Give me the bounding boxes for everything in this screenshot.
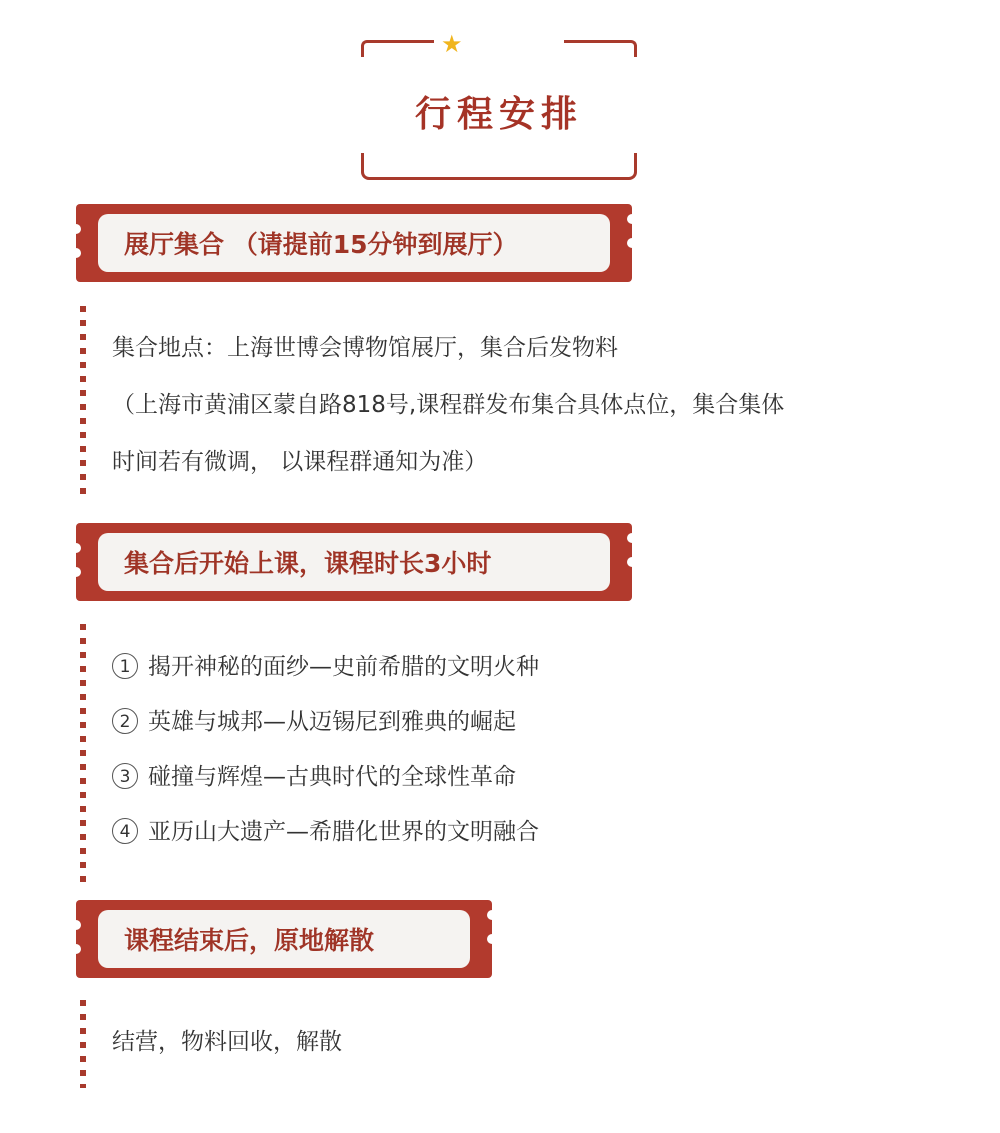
dotted-divider xyxy=(80,624,86,882)
ribbon-notch xyxy=(627,557,637,567)
circled-number: 1 xyxy=(112,653,138,679)
ribbon-notch xyxy=(627,533,637,543)
course-list: 1揭开神秘的面纱—史前希腊的文明火种 2英雄与城邦—从迈锡尼到雅典的崛起 3碰撞… xyxy=(112,640,539,860)
ribbon-notch xyxy=(71,920,81,930)
section-body: 结营，物料回收，解散 xyxy=(112,1014,342,1071)
section-heading-ribbon: 课程结束后，原地解散 xyxy=(76,900,492,978)
dotted-divider xyxy=(80,1000,86,1088)
page-title: 行程安排 xyxy=(361,86,637,137)
ribbon-notch xyxy=(71,543,81,553)
ribbon-notch xyxy=(71,567,81,577)
list-item: 1揭开神秘的面纱—史前希腊的文明火种 xyxy=(112,640,539,695)
text-line: 时间若有微调， 以课程群通知为准） xyxy=(112,434,784,491)
section-heading-ribbon: 展厅集合 （请提前15分钟到展厅） xyxy=(76,204,632,282)
section-body: 集合地点：上海世博会博物馆展厅，集合后发物料 （上海市黄浦区蒙自路818号,课程… xyxy=(112,320,784,491)
title-frame: ★ 行程安排 xyxy=(361,40,637,180)
list-item: 4亚历山大遗产—希腊化世界的文明融合 xyxy=(112,805,539,860)
list-item: 3碰撞与辉煌—古典时代的全球性革命 xyxy=(112,750,539,805)
dotted-divider xyxy=(80,306,86,502)
text-line: （上海市黄浦区蒙自路818号,课程群发布集合具体点位，集合集体 xyxy=(112,377,784,434)
frame-corner-top-left xyxy=(361,40,434,57)
section-heading: 展厅集合 （请提前15分钟到展厅） xyxy=(98,214,610,272)
ribbon-notch xyxy=(71,248,81,258)
ribbon-notch xyxy=(627,238,637,248)
frame-bottom xyxy=(361,153,637,180)
text-line: 结营，物料回收，解散 xyxy=(112,1014,342,1071)
star-icon: ★ xyxy=(441,32,463,56)
section-heading-ribbon: 集合后开始上课，课程时长3小时 xyxy=(76,523,632,601)
ribbon-notch xyxy=(487,910,497,920)
ribbon-notch xyxy=(71,944,81,954)
ribbon-notch xyxy=(71,224,81,234)
list-item: 2英雄与城邦—从迈锡尼到雅典的崛起 xyxy=(112,695,539,750)
ribbon-notch xyxy=(627,214,637,224)
section-heading: 课程结束后，原地解散 xyxy=(98,910,470,968)
circled-number: 2 xyxy=(112,708,138,734)
ribbon-notch xyxy=(487,934,497,944)
circled-number: 4 xyxy=(112,818,138,844)
circled-number: 3 xyxy=(112,763,138,789)
section-heading: 集合后开始上课，课程时长3小时 xyxy=(98,533,610,591)
frame-corner-top-right xyxy=(564,40,637,57)
text-line: 集合地点：上海世博会博物馆展厅，集合后发物料 xyxy=(112,320,784,377)
